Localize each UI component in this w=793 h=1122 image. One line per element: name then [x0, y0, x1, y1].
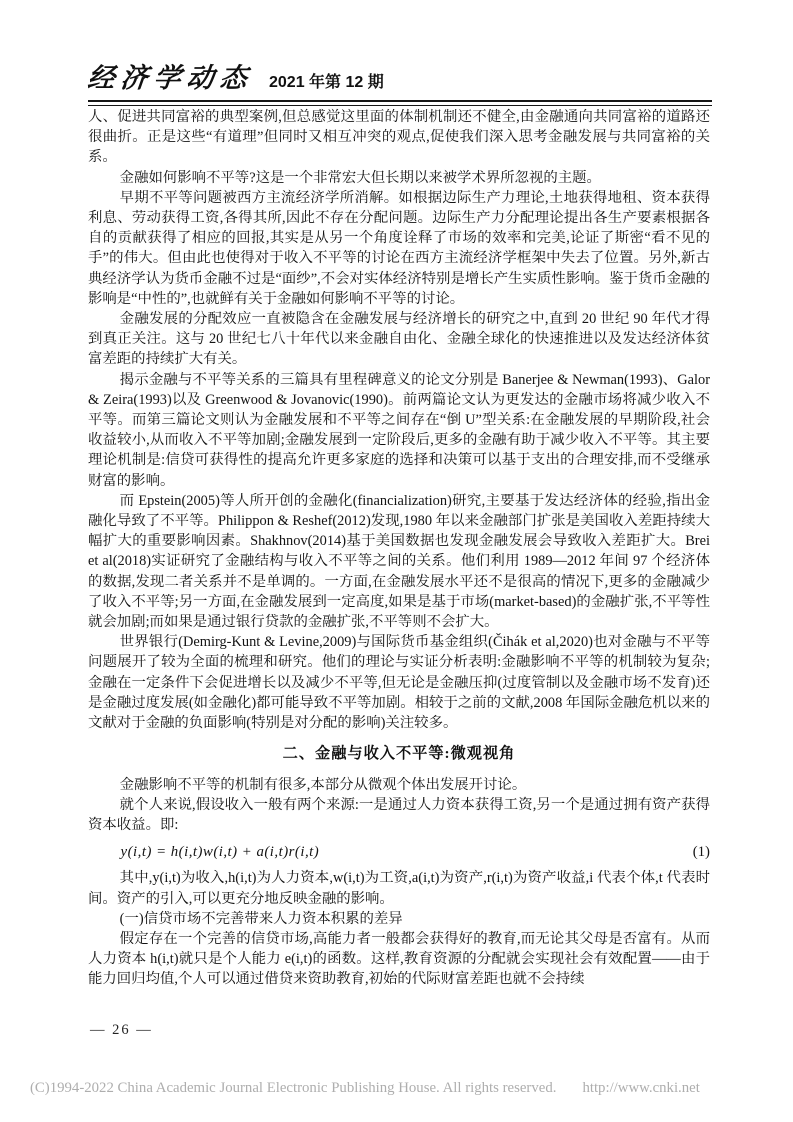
paragraph: 早期不平等问题被西方主流经济学所消解。如根据边际生产力理论,土地获得地租、资本获…	[88, 188, 710, 309]
journal-page: 经济学动态 2021 年第 12 期 人、促进共同富裕的典型案例,但总感觉这里面…	[0, 0, 793, 1122]
section-heading: 二、金融与收入不平等:微观视角	[88, 744, 710, 764]
copyright-notice: (C)1994-2022 China Academic Journal Elec…	[30, 1080, 700, 1097]
paragraph: 其中,y(i,t)为收入,h(i,t)为人力资本,w(i,t)为工资,a(i,t…	[88, 868, 710, 908]
equation-number: (1)	[693, 842, 710, 862]
paragraph: 假定存在一个完善的信贷市场,高能力者一般都会获得好的教育,而无论其父母是否富有。…	[88, 929, 710, 990]
page-header: 经济学动态 2021 年第 12 期	[88, 56, 712, 106]
equation-expression: y(i,t) = h(i,t)w(i,t) + a(i,t)r(i,t)	[121, 842, 320, 862]
page-number: — 26 —	[90, 1022, 153, 1039]
cnki-url: http://www.cnki.net	[582, 1080, 699, 1096]
header-rule	[88, 100, 712, 106]
sub-section-heading: (一)信贷市场不完善带来人力资本积累的差异	[88, 909, 710, 929]
equation: y(i,t) = h(i,t)w(i,t) + a(i,t)r(i,t) (1)	[88, 842, 710, 862]
paragraph: 而 Epstein(2005)等人所开创的金融化(financializatio…	[88, 491, 710, 632]
paragraph: 就个人来说,假设收入一般有两个来源:一是通过人力资本获得工资,另一个是通过拥有资…	[88, 795, 710, 835]
copyright-text: (C)1994-2022 China Academic Journal Elec…	[30, 1080, 556, 1096]
journal-logo: 经济学动态	[86, 56, 255, 95]
paragraph: 揭示金融与不平等关系的三篇具有里程碑意义的论文分别是 Banerjee & Ne…	[88, 370, 710, 491]
article-body: 人、促进共同富裕的典型案例,但总感觉这里面的体制机制还不健全,由金融通向共同富裕…	[88, 107, 710, 990]
paragraph: 人、促进共同富裕的典型案例,但总感觉这里面的体制机制还不健全,由金融通向共同富裕…	[88, 107, 710, 168]
paragraph: 金融影响不平等的机制有很多,本部分从微观个体出发展开讨论。	[88, 775, 710, 795]
issue-label: 2021 年第 12 期	[269, 69, 384, 92]
paragraph: 金融如何影响不平等?这是一个非常宏大但长期以来被学术界所忽视的主题。	[88, 168, 710, 188]
paragraph: 世界银行(Demirg-Kunt & Levine,2009)与国际货币基金组织…	[88, 632, 710, 733]
paragraph: 金融发展的分配效应一直被隐含在金融发展与经济增长的研究之中,直到 20 世纪 9…	[88, 309, 710, 370]
